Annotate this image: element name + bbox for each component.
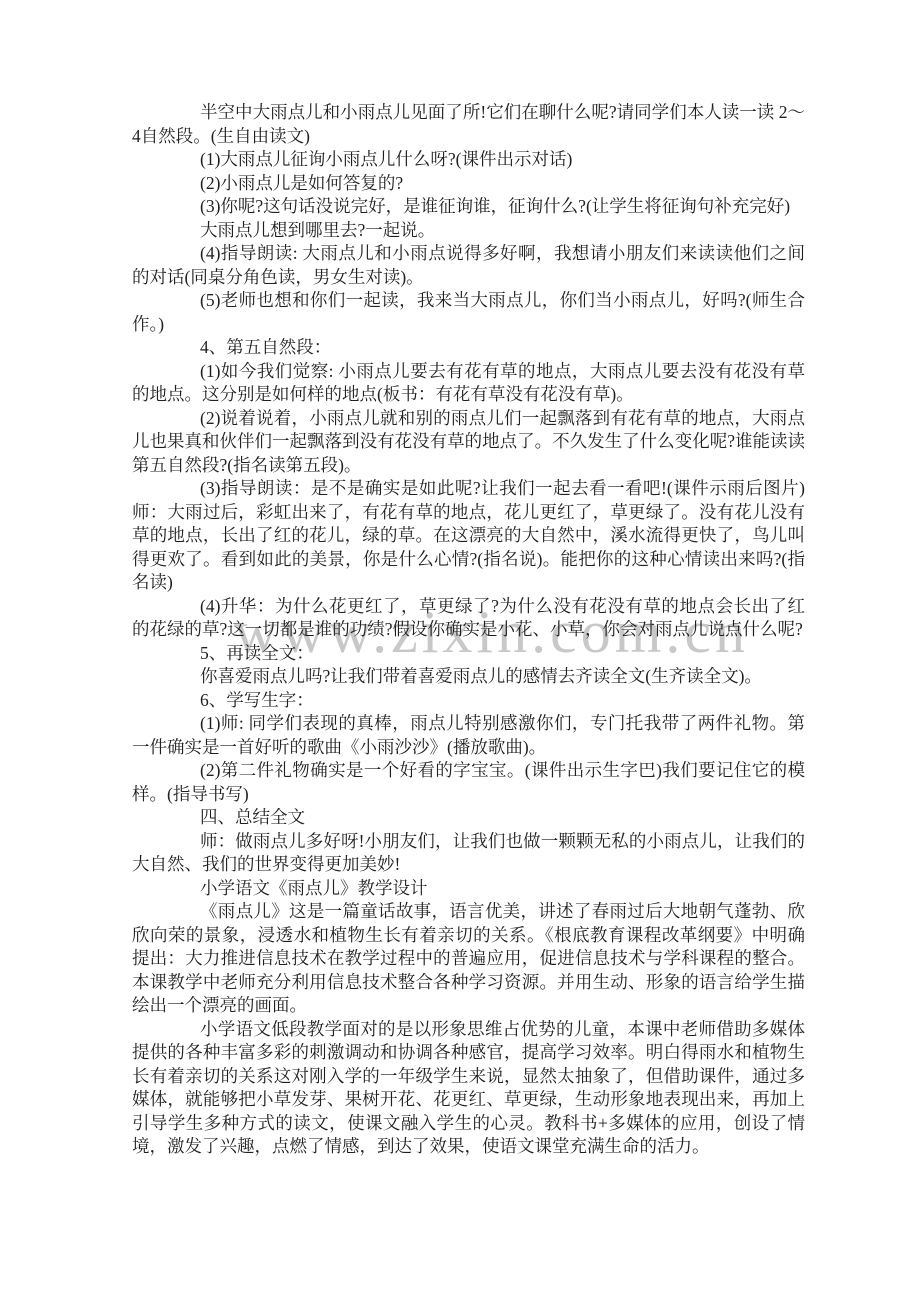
paragraph: (2)第二件礼物确实是一个好看的字宝宝。(课件出示生字巴)我们要记住它的模样。(…	[132, 759, 805, 806]
paragraph: 小学语文低段教学面对的是以形象思维占优势的儿童，本课中老师借助多媒体提供的各种丰…	[132, 1018, 805, 1159]
paragraph: 师：做雨点儿多好呀!小朋友们，让我们也做一颗颗无私的小雨点儿，让我们的大自然、我…	[132, 830, 805, 877]
paragraph: 大雨点儿想到哪里去?一起说。	[132, 219, 805, 243]
paragraph: (3)你呢?这句话没说完好，是谁征询谁，征询什么?(让学生将征询句补充完好)	[132, 195, 805, 219]
paragraph: 半空中大雨点儿和小雨点儿见面了所!它们在聊什么呢?请同学们本人读一读 2～4自然…	[132, 101, 805, 148]
section-heading: 4、第五自然段：	[132, 336, 805, 360]
paragraph: 《雨点儿》这是一篇童话故事，语言优美，讲述了春雨过后大地朝气蓬勃、欣欣向荣的景象…	[132, 900, 805, 1018]
paragraph: (4)升华：为什么花更红了，草更绿了?为什么没有花没有草的地点会长出了红的花绿的…	[132, 595, 805, 642]
paragraph: (4)指导朗读: 大雨点儿和小雨点说得多好啊，我想请小朋友们来读读他们之间的对话…	[132, 242, 805, 289]
paragraph: 你喜爱雨点儿吗?让我们带着喜爱雨点儿的感情去齐读全文(生齐读全文)。	[132, 665, 805, 689]
section-heading: 5、再读全文：	[132, 642, 805, 666]
paragraph: (2)小雨点儿是如何答复的?	[132, 172, 805, 196]
section-heading: 6、学写生字：	[132, 689, 805, 713]
paragraph: (3)指导朗读：是不是确实是如此呢?让我们一起去看一看吧!(课件示雨后图片)师：…	[132, 477, 805, 595]
paragraph: (1)大雨点儿征询小雨点儿什么呀?(课件出示对话)	[132, 148, 805, 172]
section-heading: 四、总结全文	[132, 806, 805, 830]
paragraph: (1)如今我们觉察: 小雨点儿要去有花有草的地点，大雨点儿要去没有花没有草的地点…	[132, 360, 805, 407]
paragraph: (2)说着说着，小雨点儿就和别的雨点儿们一起飘落到有花有草的地点，大雨点儿也果真…	[132, 407, 805, 478]
document-page: www.zixin.com.cn 半空中大雨点儿和小雨点儿见面了所!它们在聊什么…	[0, 0, 920, 1302]
doc-title: 小学语文《雨点儿》教学设计	[132, 877, 805, 901]
document-body: 半空中大雨点儿和小雨点儿见面了所!它们在聊什么呢?请同学们本人读一读 2～4自然…	[132, 101, 805, 1159]
paragraph: (5)老师也想和你们一起读，我来当大雨点儿，你们当小雨点儿，好吗?(师生合作。)	[132, 289, 805, 336]
paragraph: (1)师: 同学们表现的真棒，雨点儿特别感激你们，专门托我带了两件礼物。第一件确…	[132, 712, 805, 759]
